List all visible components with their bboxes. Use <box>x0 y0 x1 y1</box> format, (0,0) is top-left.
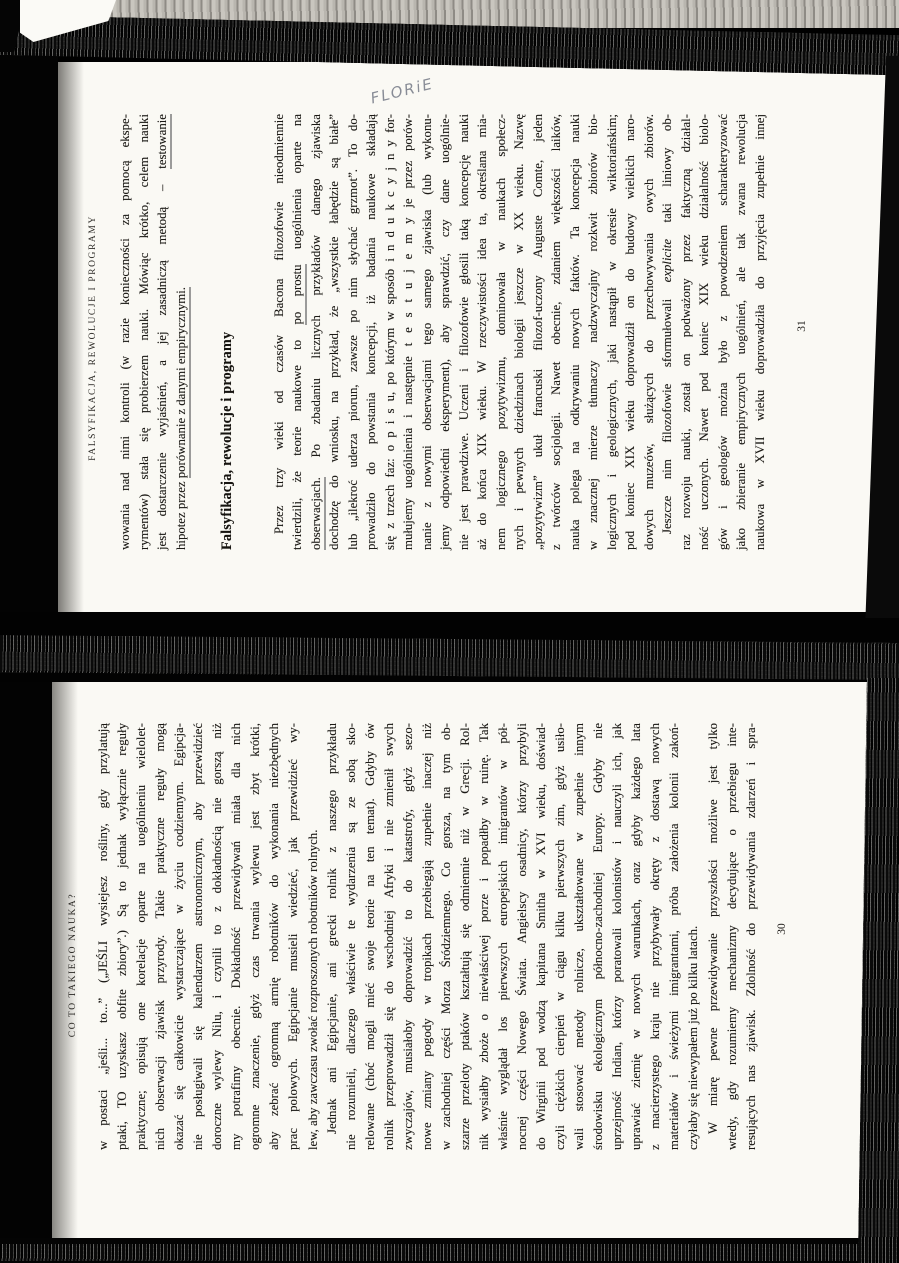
text-line: jest dostarczenie wyjaśnień, a jej zasad… <box>153 114 172 550</box>
paragraph-positivism: Przez trzy wieki od czasów Bacona filozo… <box>270 114 770 550</box>
text-line: relowane (choć mogli mieć swoje teorie n… <box>361 723 380 1150</box>
text-line: aż do końca XIX wieku. W rzeczywistości … <box>473 114 492 550</box>
text-line: środowisku ekologicznym północno-zachodn… <box>589 723 608 1150</box>
text-line: właśnie wyglądał los pierwszych europejs… <box>494 723 513 1150</box>
page-30-content: CO TO TAKIEGO NAUKA? w postaci „jeśli...… <box>52 678 872 1252</box>
text-line: Jednak ani Egipcjanie, ani grecki rolnik… <box>323 723 342 1150</box>
text-line: Przez trzy wieki od czasów Bacona filozo… <box>270 114 289 550</box>
gutter-shadow-page31 <box>58 62 84 614</box>
text-line: logicznych i geologicznych, jaki nastąpi… <box>603 114 622 550</box>
text-line: dowych muzeów, służących do przechowywan… <box>640 114 659 550</box>
text-line: ogromne znaczenie, gdyż czas trwania wyl… <box>246 723 265 1150</box>
text-line: prac polowych. Egipcjanie musieli wiedzi… <box>284 723 303 1150</box>
text-line: ptaki, TO uzyskasz obfite zbiory”.) Są t… <box>113 723 132 1150</box>
book-edge-texture-middle <box>0 635 899 680</box>
paragraph-mechanisms: W miarę pewne przewidywanie przyszłości … <box>704 723 761 1150</box>
page-31-content: FALSYFIKACJA, REWOLUCJE I PROGRAMY wowan… <box>58 62 892 614</box>
text-line: lew, aby zawczasu zwołać rozproszonych r… <box>304 723 323 1150</box>
gutter-shadow-page30 <box>52 678 78 1252</box>
text-line: nauka polega na odkrywaniu nowych faktów… <box>566 114 585 550</box>
text-line: doroczne wylewy Nilu, i czynili to z dok… <box>208 723 227 1150</box>
scan-background-left-lower <box>0 618 52 1263</box>
text-line: w postaci „jeśli... to...” („JEŚLI wysie… <box>94 723 113 1150</box>
page-number-31: 31 <box>796 50 808 614</box>
text-line: lub „ilekroć uderza piorun, zawsze po ni… <box>344 114 363 550</box>
text-line: mułujemy uogólnienia i następnie t e s t… <box>399 114 418 550</box>
text-line: w znacznej mierze tłumaczy nadzwyczajny … <box>584 114 603 550</box>
text-line: gów i geologów można było z powodzeniem … <box>714 114 733 550</box>
text-line: z twórców socjologii. Nawet obecnie, zda… <box>547 114 566 550</box>
scanned-book-spread: { "document_type": "scanned book spread,… <box>0 0 899 1263</box>
section-heading: Falsyfikacja, rewolucje i programy <box>218 114 237 550</box>
paragraph-end-previous: wowania nad nimi kontroli (w razie konie… <box>116 114 190 550</box>
text-line: hipotez przez porównanie z danymi empiry… <box>172 114 191 550</box>
text-line: praktyczne; opisują one korelacje oparte… <box>132 723 151 1150</box>
book-edge-texture-bottom <box>0 1244 899 1261</box>
text-line: jako zbieranie empirycznych uogólnień, a… <box>732 114 751 550</box>
text-line: wowania nad nimi kontroli (w razie konie… <box>116 114 135 550</box>
text-line: „pozytywizm” ukuł francuski filozof-uczo… <box>529 114 548 550</box>
text-line: nocnej części Nowego Świata. Angielscy o… <box>513 723 532 1150</box>
text-line: nik wysiałby zboże o niewłaściwej porze … <box>475 723 494 1150</box>
text-line: szarze przeloty ptaków kształtują się od… <box>456 723 475 1150</box>
page-30-textblock: w postaci „jeśli... to...” („JEŚLI wysie… <box>94 723 761 1150</box>
paragraph-rules: w postaci „jeśli... to...” („JEŚLI wysie… <box>94 723 323 1150</box>
text-line: do Wirginii pod wodzą kapitana Smitha w … <box>532 723 551 1150</box>
text-line: wali stosować metody rolnicze, ukształto… <box>570 723 589 1150</box>
scan-background-left-upper <box>0 0 58 618</box>
text-line: w zachodniej części Morza Śródziemnego. … <box>437 723 456 1150</box>
text-line: czyłaby się niewypałem już po kilku lata… <box>684 723 703 1150</box>
text-line: my potrafimy obecnie. Dokładność przewid… <box>227 723 246 1150</box>
text-line: zwyczajów, musiałoby doprowadzić to do k… <box>399 723 418 1150</box>
text-line: resujących nas zjawisk. Zdolność do prze… <box>742 723 761 1150</box>
text-line: z macierzystego kraju nie przybywały okr… <box>646 723 665 1150</box>
text-line: nie rozumieli, dlaczego właściwie te wyd… <box>342 723 361 1150</box>
text-line: ność uczonych. Nawet pod koniec XIX wiek… <box>695 114 714 550</box>
paragraph-correlations: Jednak ani Egipcjanie, ani grecki rolnik… <box>323 723 704 1150</box>
text-line: nanie z nowymi obserwacjami tego samego … <box>418 114 437 550</box>
text-line: nich obserwacji zjawisk przyrody. Takie … <box>151 723 170 1150</box>
text-line: Jeszcze nim filozofowie sformułowali exp… <box>658 114 677 550</box>
text-line: twierdzili, że teorie naukowe to po pros… <box>288 114 307 550</box>
text-line: czyli ciężkich cierpień w ciągu kilku pi… <box>551 723 570 1150</box>
text-line: pod koniec XIX wieku doprowadził on do b… <box>621 114 640 550</box>
text-line: dochodzę do wniosku, na przykład, że „ws… <box>325 114 344 550</box>
text-line: naukowa w XVII wieku doprowadziła do prz… <box>751 114 770 550</box>
running-head-right: FALSYFIKACJA, REWOLUCJE I PROGRAMY <box>88 62 98 614</box>
text-line: W miarę pewne przewidywanie przyszłości … <box>704 723 723 1150</box>
text-line: raz rozwoju nauki, został on podważony p… <box>677 114 696 550</box>
text-line: okazać się całkowicie wystarczające w ży… <box>170 723 189 1150</box>
text-line: nem logicznego pozytywizmu, dominowała w… <box>492 114 511 550</box>
text-line: nie jest prawdziwe. Uczeni i filozofowie… <box>455 114 474 550</box>
text-line: rolnik przeprowadził się do wschodniej A… <box>380 723 399 1150</box>
text-line: wtedy, gdy rozumiemy mechanizmy decydują… <box>723 723 742 1150</box>
text-line: rymentów) stała się probierzem nauki. Mó… <box>135 114 154 550</box>
page-number-30: 30 <box>776 642 788 1252</box>
text-line: nowe zmiany pogody w tropikach przebiega… <box>418 723 437 1150</box>
page-30: CO TO TAKIEGO NAUKA? w postaci „jeśli...… <box>52 678 872 1252</box>
text-line: materiałów i świeżymi imigrantami, próba… <box>665 723 684 1150</box>
page-31-textblock: wowania nad nimi kontroli (w razie konie… <box>116 114 769 550</box>
text-line: obserwacjach. Po zbadaniu licznych przyk… <box>307 114 326 550</box>
page-31: FALSYFIKACJA, REWOLUCJE I PROGRAMY wowan… <box>58 62 892 614</box>
text-line: prowadziło do powstania koncepcji, iż ba… <box>362 114 381 550</box>
text-line: uprawiać ziemię w nowych warunkach, oraz… <box>627 723 646 1150</box>
text-line: jemy odpowiedni eksperyment), aby sprawd… <box>436 114 455 550</box>
text-line: uprzejmość Indian, którzy poratowali kol… <box>608 723 627 1150</box>
text-line: aby zebrać ogromną armię robotników do w… <box>265 723 284 1150</box>
text-line: nych i pewnych dziedzinach biologii jesz… <box>510 114 529 550</box>
text-line: się z trzech faz: o p i s u, po którym w… <box>381 114 400 550</box>
text-line: nie posługiwali się kalendarzem astronom… <box>189 723 208 1150</box>
